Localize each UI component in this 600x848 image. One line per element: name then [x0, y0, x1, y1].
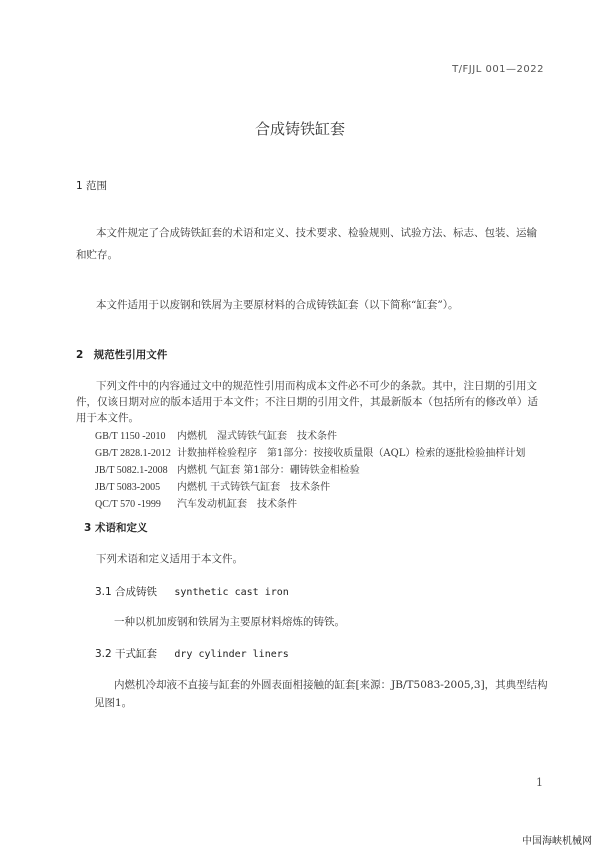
term-3-1-definition: 一种以机加废钢和铁屑为主要原材料熔炼的铸铁。 [114, 614, 345, 629]
section-1-para1-line2: 和贮存。 [76, 247, 118, 262]
term-3-2-definition-line2: 见图1。 [94, 695, 132, 710]
section-1-heading: 1 范围 [76, 178, 107, 193]
document-title: 合成铸铁缸套 [0, 118, 600, 139]
reference-item: QC/T 570 -1999汽车发动机缸套 技术条件 [95, 495, 297, 510]
reference-item: GB/T 2828.1-2012计数抽样检验程序 第1部分：按接收质量限（AQL… [95, 444, 525, 459]
term-3-2-definition-line1: 内燃机冷却液不直接与缸套的外圆表面相接触的缸套[来源：JB/T5083-2005… [114, 677, 548, 692]
section-2-intro-line2: 件，仅该日期对应的版本适用于本文件；不注日期的引用文件，其最新版本（包括所有的修… [76, 394, 538, 409]
reference-item: GB/T 1150 -2010内燃机 湿式铸铁气缸套 技术条件 [95, 427, 337, 442]
section-2-intro-line3: 用于本文件。 [76, 410, 139, 425]
section-1-para1-line1: 本文件规定了合成铸铁缸套的术语和定义、技术要求、检验规则、试验方法、标志、包装、… [96, 225, 537, 240]
section-3-intro: 下列术语和定义适用于本文件。 [96, 551, 243, 566]
section-2-intro-line1: 下列文件中的内容通过文中的规范性引用而构成本文件必不可少的条款。其中，注日期的引… [96, 378, 537, 393]
term-3-2-heading: 3.2 干式缸套 dry cylinder liners [95, 646, 289, 661]
reference-item: JB/T 5083-2005内燃机 干式铸铁气缸套 技术条件 [95, 478, 330, 493]
section-1-para2: 本文件适用于以废钢和铁屑为主要原材料的合成铸铁缸套（以下简称“缸套”）。 [96, 297, 458, 312]
reference-item: JB/T 5082.1-2008内燃机 气缸套 第1部分：硼铸铁金相检验 [95, 461, 360, 476]
document-number: T/FJJL 001—2022 [452, 64, 544, 75]
watermark: 中国海峡机械网 [522, 832, 592, 847]
term-3-1-heading: 3.1 合成铸铁 synthetic cast iron [95, 584, 289, 599]
section-2-heading: 2 规范性引用文件 [76, 347, 167, 362]
section-3-heading: 3 术语和定义 [84, 520, 147, 535]
page-number: 1 [536, 776, 543, 789]
